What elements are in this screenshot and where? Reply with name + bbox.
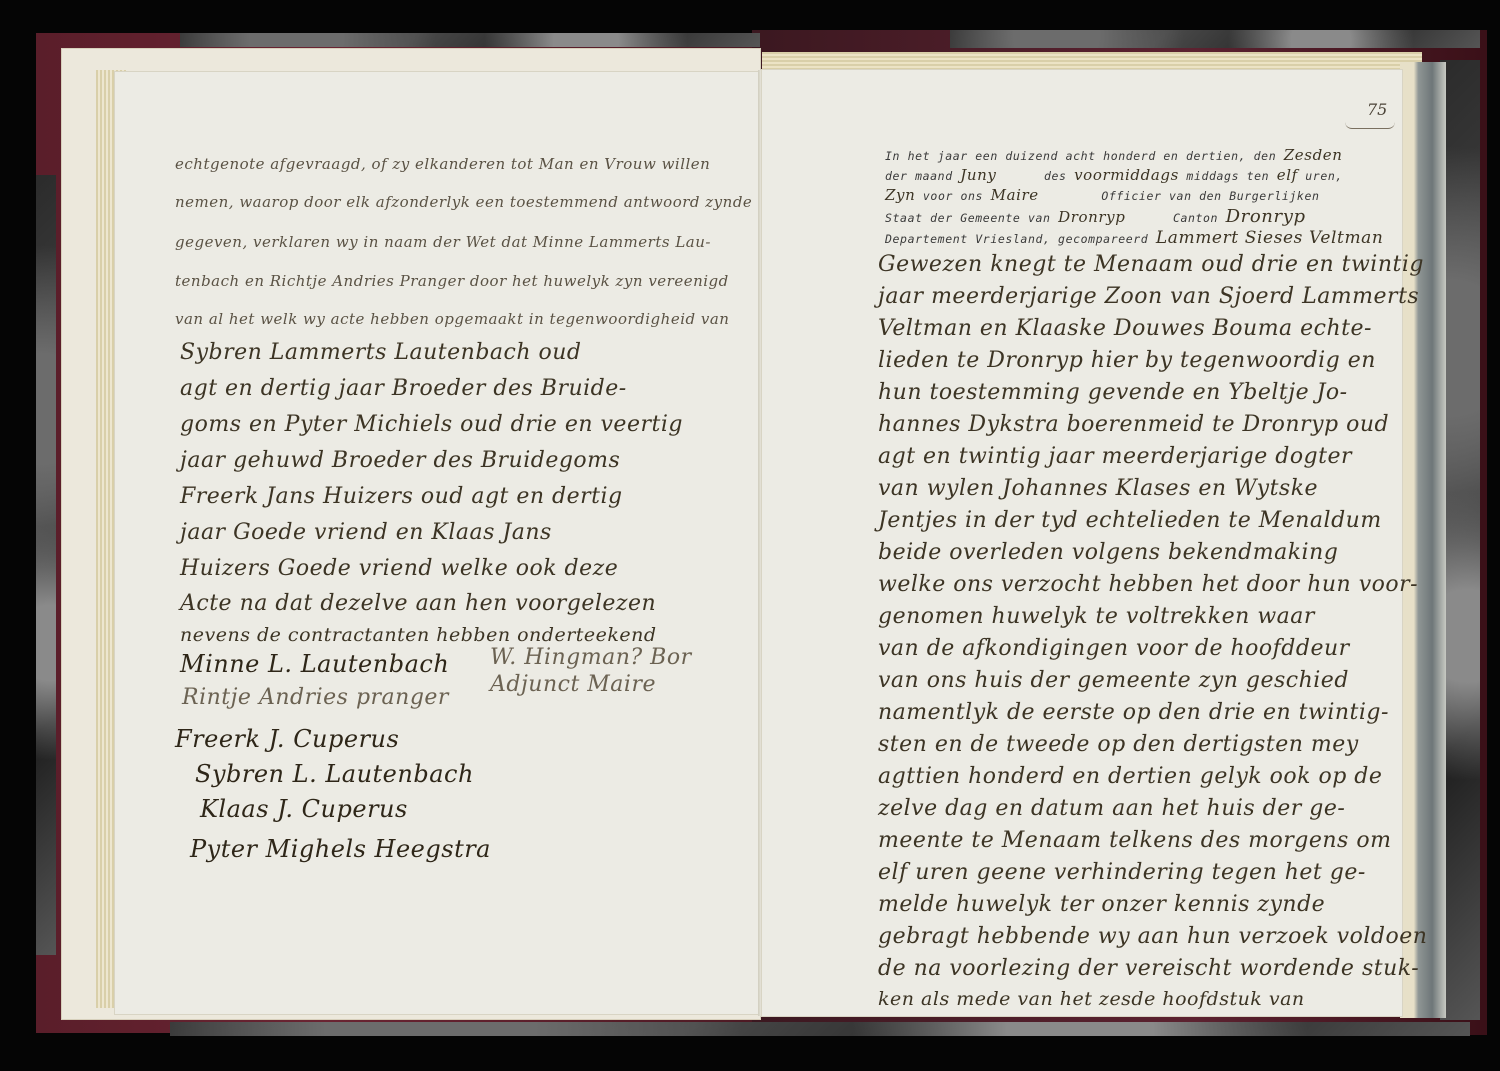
marbled-edge-left [36, 175, 56, 955]
form-line-4: Staat der Gemeente van Dronryp Canton Dr… [885, 206, 1306, 227]
right-line-23: de na voorlezing der vereischt wordende … [878, 956, 1419, 981]
right-line-22: gebragt hebbende wy aan hun verzoek vold… [878, 924, 1427, 949]
fill-municipality: Dronryp [1058, 208, 1125, 226]
marbled-edge-top-left [180, 33, 760, 47]
right-line-15: namentlyk de eerste op den drie en twint… [878, 700, 1389, 725]
left-line-7: agt en dertig jaar Broeder des Bruide- [180, 376, 627, 401]
right-line-5: hun toestemming gevende en Ybeltje Jo- [878, 380, 1348, 405]
left-line-11: jaar Goede vriend en Klaas Jans [180, 520, 552, 545]
left-line-2: nemen, waarop door elk afzonderlyk een t… [175, 193, 752, 211]
left-line-4: tenbach en Richtje Andries Pranger door … [175, 272, 729, 290]
marbled-edge-top-right [950, 30, 1480, 48]
right-line-2: jaar meerderjarige Zoon van Sjoerd Lamme… [878, 284, 1419, 309]
right-line-16: sten en de tweede op den dertigsten mey [878, 732, 1359, 757]
fill-zyn: Zyn [885, 186, 915, 204]
signature-witness-2: Sybren L. Lautenbach [195, 760, 474, 788]
left-line-13: Acte na dat dezelve aan hen voorgelezen [180, 591, 656, 616]
fill-part-of-day: voormiddags [1074, 166, 1179, 184]
marbled-edge-bottom [170, 1022, 1470, 1036]
right-line-11: welke ons verzocht hebben het door hun v… [878, 572, 1418, 597]
right-line-17: agttien honderd en dertien gelyk ook op … [878, 764, 1382, 789]
right-line-12: genomen huwelyk te voltrekken waar [878, 604, 1315, 629]
right-line-18: zelve dag en datum aan het huis der ge- [878, 796, 1345, 821]
left-line-6: Sybren Lammerts Lautenbach oud [180, 340, 582, 365]
page-number-flourish [1345, 122, 1395, 129]
signature-witness-1: Freerk J. Cuperus [175, 725, 399, 753]
right-line-8: van wylen Johannes Klases en Wytske [878, 476, 1318, 501]
left-line-10: Freerk Jans Huizers oud agt en dertig [180, 484, 623, 509]
page-stack-edges-right [1400, 62, 1446, 1018]
page-stack-edges-top-right [762, 52, 1422, 72]
signature-witness-3: Klaas J. Cuperus [200, 795, 408, 823]
form-line-5: Departement Vriesland, gecompareerd Lamm… [885, 228, 1383, 248]
right-line-21: melde huwelyk ter onzer kennis zynde [878, 892, 1325, 917]
right-line-7: agt en twintig jaar meerderjarige dogter [878, 444, 1352, 469]
left-line-8: goms en Pyter Michiels oud drie en veert… [180, 412, 683, 437]
signature-official: W. Hingman? Bor [490, 645, 692, 670]
right-line-10: beide overleden volgens bekendmaking [878, 540, 1338, 565]
fill-month: Juny [960, 166, 996, 184]
right-line-1: Gewezen knegt te Menaam oud drie en twin… [878, 252, 1424, 277]
right-line-20: elf uren geene verhindering tegen het ge… [878, 860, 1366, 885]
signature-witness-4: Pyter Mighels Heegstra [190, 835, 491, 863]
fill-official: Maire [991, 186, 1039, 204]
signature-groom: Minne L. Lautenbach [180, 650, 449, 678]
left-line-12: Huizers Goede vriend welke ook deze [180, 556, 618, 581]
right-line-6: hannes Dykstra boerenmeid te Dronryp oud [878, 412, 1389, 437]
right-line-4: lieden te Dronryp hier by tegenwoordig e… [878, 348, 1376, 373]
right-line-9: Jentjes in der tyd echtelieden te Menald… [878, 508, 1382, 533]
signature-bride: Rintje Andries pranger [182, 685, 449, 710]
fill-groom-name: Lammert Sieses Veltman [1156, 228, 1384, 248]
right-line-24: ken als mede van het zesde hoofdstuk van [878, 988, 1305, 1010]
form-line-3: Zyn voor ons Maire Officier van den Burg… [885, 186, 1320, 204]
left-line-9: jaar gehuwd Broeder des Bruidegoms [180, 448, 620, 473]
right-line-13: van de afkondigingen voor de hoofddeur [878, 636, 1350, 661]
fill-day: Zesden [1284, 146, 1343, 164]
marbled-edge-right [1440, 60, 1480, 1020]
right-line-14: van ons huis der gemeente zyn geschied [878, 668, 1349, 693]
page-number: 75 [1367, 100, 1387, 119]
signature-adjunct-maire: Adjunct Maire [490, 672, 656, 697]
left-line-5: van al het welk wy acte hebben opgemaakt… [175, 310, 729, 328]
fill-canton: Dronryp [1226, 206, 1306, 227]
left-line-1: echtgenote afgevraagd, of zy elkanderen … [175, 155, 710, 173]
form-line-2: der maand Juny des voormiddags middags t… [885, 166, 1343, 184]
right-line-19: meente te Menaam telkens des morgens om [878, 828, 1391, 853]
left-line-3: gegeven, verklaren wy in naam der Wet da… [175, 233, 711, 251]
fill-hour: elf [1277, 166, 1298, 184]
right-line-3: Veltman en Klaaske Douwes Bouma echte- [878, 316, 1372, 341]
left-line-14: nevens de contractanten hebben onderteek… [180, 624, 657, 646]
form-line-1: In het jaar een duizend acht honderd en … [885, 146, 1343, 164]
